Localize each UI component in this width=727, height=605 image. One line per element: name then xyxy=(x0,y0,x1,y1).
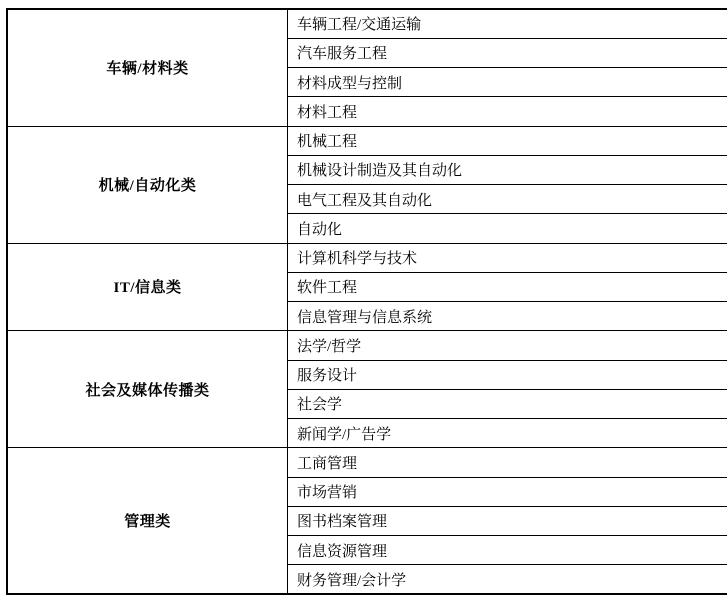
major-cell: 信息资源管理 xyxy=(288,536,727,565)
table-row: IT/信息类 计算机科学与技术 xyxy=(7,243,727,272)
major-cell: 法学/哲学 xyxy=(288,331,727,360)
major-cell: 新闻学/广告学 xyxy=(288,419,727,448)
category-cell: 车辆/材料类 xyxy=(7,9,288,126)
major-cell: 工商管理 xyxy=(288,448,727,477)
category-cell: 管理类 xyxy=(7,448,288,594)
table-row: 机械/自动化类 机械工程 xyxy=(7,126,727,155)
document-page: 车辆/材料类 车辆工程/交通运输 汽车服务工程 材料成型与控制 材料工程 机械/… xyxy=(0,0,727,605)
major-cell: 汽车服务工程 xyxy=(288,38,727,67)
table-row: 车辆/材料类 车辆工程/交通运输 xyxy=(7,9,727,38)
category-cell: 社会及媒体传播类 xyxy=(7,331,288,448)
major-cell: 计算机科学与技术 xyxy=(288,243,727,272)
major-cell: 材料成型与控制 xyxy=(288,68,727,97)
major-cell: 财务管理/会计学 xyxy=(288,565,727,594)
major-cell: 机械工程 xyxy=(288,126,727,155)
major-cell: 车辆工程/交通运输 xyxy=(288,9,727,38)
major-cell: 材料工程 xyxy=(288,97,727,126)
major-cell: 机械设计制造及其自动化 xyxy=(288,155,727,184)
major-cell: 市场营销 xyxy=(288,477,727,506)
category-cell: IT/信息类 xyxy=(7,243,288,331)
table-body: 车辆/材料类 车辆工程/交通运输 汽车服务工程 材料成型与控制 材料工程 机械/… xyxy=(7,9,727,594)
major-cell: 自动化 xyxy=(288,214,727,243)
table-row: 社会及媒体传播类 法学/哲学 xyxy=(7,331,727,360)
major-cell: 电气工程及其自动化 xyxy=(288,185,727,214)
major-cell: 信息管理与信息系统 xyxy=(288,302,727,331)
major-cell: 服务设计 xyxy=(288,360,727,389)
major-cell: 社会学 xyxy=(288,389,727,418)
table-row: 管理类 工商管理 xyxy=(7,448,727,477)
category-cell: 机械/自动化类 xyxy=(7,126,288,243)
major-category-table: 车辆/材料类 车辆工程/交通运输 汽车服务工程 材料成型与控制 材料工程 机械/… xyxy=(6,8,727,595)
major-cell: 图书档案管理 xyxy=(288,506,727,535)
major-cell: 软件工程 xyxy=(288,272,727,301)
